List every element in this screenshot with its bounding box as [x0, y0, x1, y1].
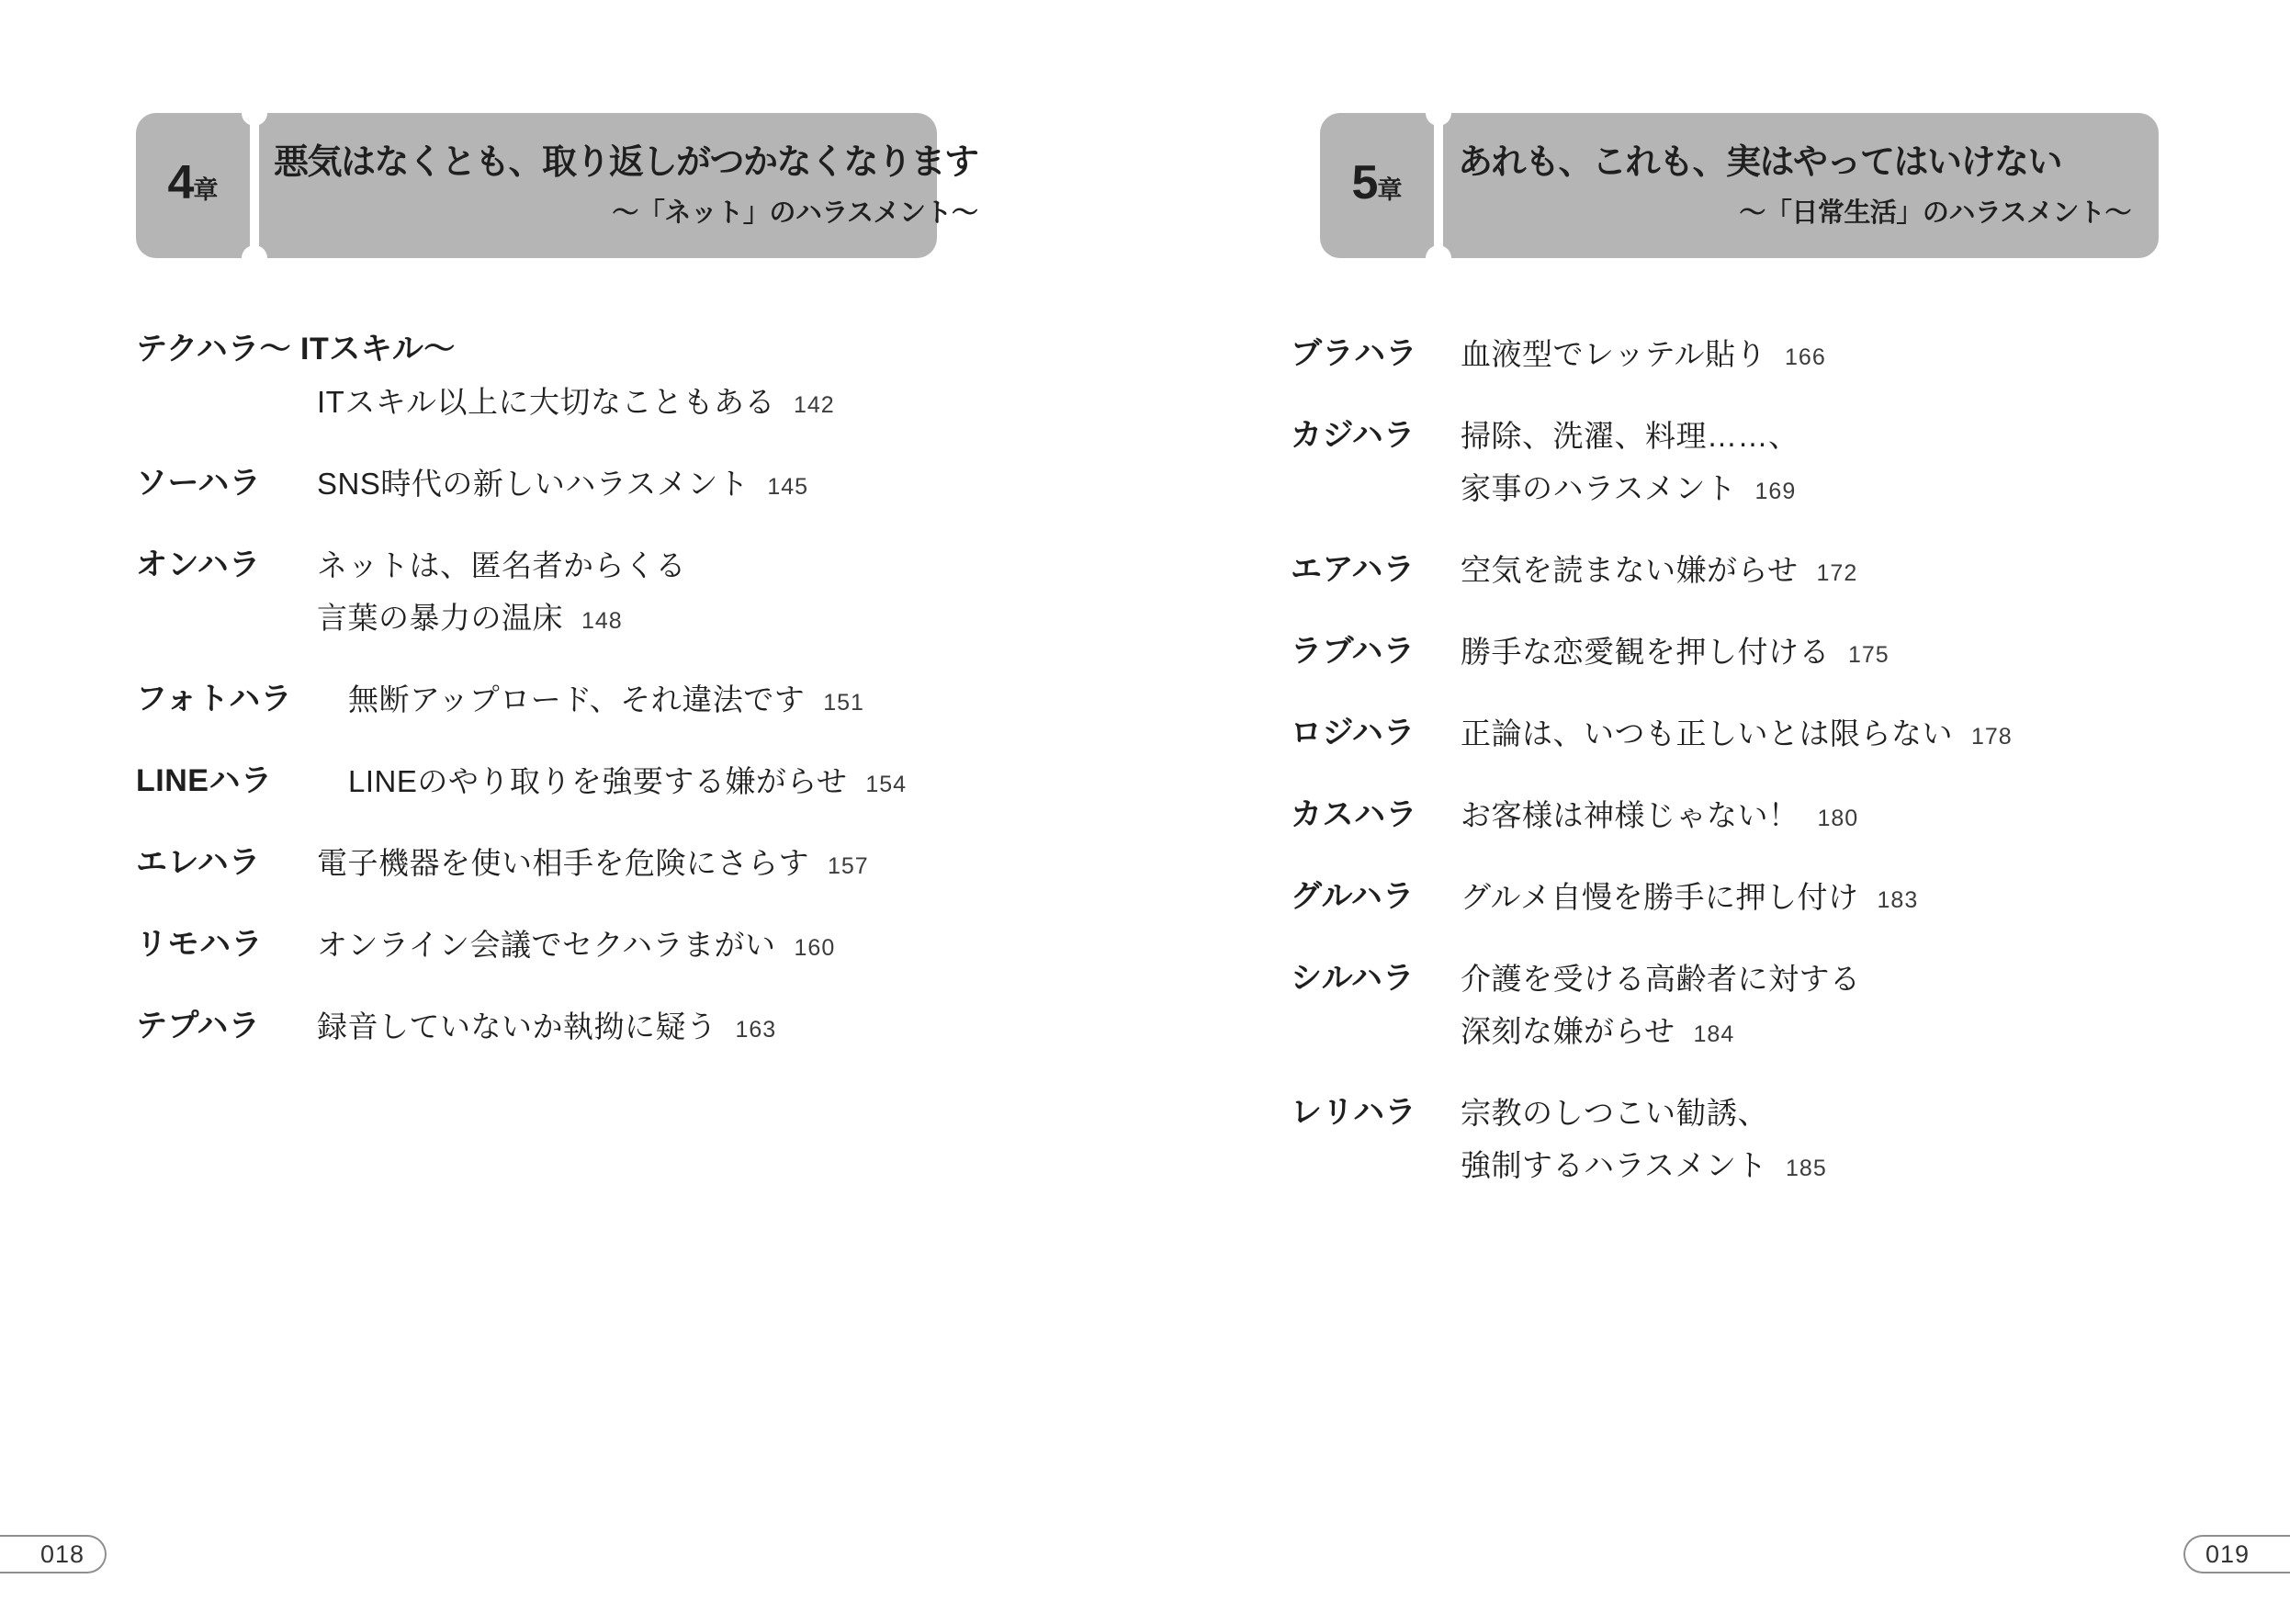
- entry-description-block: LINEのやり取りを強要する嫌がらせ154: [317, 755, 907, 811]
- chapter4-number-tab: 4章: [136, 113, 250, 258]
- entry-description: 深刻な嫌がらせ: [1461, 1014, 1675, 1048]
- entry-page-number: 163: [736, 1017, 777, 1043]
- entry-page-number: 183: [1878, 887, 1919, 913]
- toc-entry: LINEハラ LINEのやり取りを強要する嫌がらせ154: [136, 755, 1018, 811]
- notch-bottom: [242, 245, 267, 271]
- harassment-type-label: カジハラ: [1291, 410, 1461, 518]
- entry-page-number: 142: [794, 392, 835, 418]
- right-page-number-pill: 019: [2183, 1535, 2290, 1573]
- entry-page-number: 169: [1755, 479, 1797, 504]
- entry-description: 電子機器を使い相手を危険にさらす: [317, 846, 809, 880]
- entry-page-number: 151: [823, 690, 864, 716]
- entry-description-block: 録音していないか執拗に疑う163: [317, 1000, 776, 1056]
- entry-description-block: 勝手な恋愛観を押し付ける175: [1461, 626, 1890, 682]
- toc-entry: リモハラ オンライン会議でセクハラまがい160: [136, 919, 1018, 975]
- entry-page-number: 180: [1818, 806, 1859, 831]
- page-number: 019: [2205, 1540, 2250, 1569]
- entry-description-block: グルメ自慢を勝手に押し付け183: [1461, 871, 1918, 927]
- chapter4-title: 悪気はなくとも、取り返しがつかなくなります: [274, 140, 978, 186]
- entry-description: 介護を受ける高齢者に対する: [1461, 962, 1861, 996]
- entry-description: 無断アップロード、それ違法です: [348, 682, 805, 716]
- entry-page-number: 172: [1817, 560, 1858, 586]
- chapter-suffix: 章: [193, 176, 218, 204]
- chapter-number: 5: [1352, 156, 1378, 209]
- book-spread: 4章 悪気はなくとも、取り返しがつかなくなります ～「ネット」のハラスメント～ …: [0, 0, 2290, 1624]
- harassment-type-label: ロジハラ: [1291, 707, 1461, 763]
- entry-description: グルメ自慢を勝手に押し付け: [1461, 880, 1859, 914]
- entry-description-block: お客様は神様じゃない！180: [1461, 789, 1858, 845]
- toc-entry: フォトハラ 無断アップロード、それ違法です151: [136, 673, 1018, 729]
- toc-entry: ソーハラ SNS時代の新しいハラスメント145: [136, 457, 1018, 513]
- toc-entry: エアハラ 空気を読まない嫌がらせ172: [1291, 544, 2228, 600]
- harassment-type-label: グルハラ: [1291, 871, 1461, 927]
- toc-entry: カジハラ 掃除、洗濯、料理……、 家事のハラスメント169: [1291, 410, 2228, 518]
- entry-description-block: 介護を受ける高齢者に対する 深刻な嫌がらせ184: [1461, 953, 1861, 1061]
- chapter5-title: あれも、これも、実はやってはいけない: [1458, 140, 2131, 186]
- toc-entry: ラブハラ 勝手な恋愛観を押し付ける175: [1291, 626, 2228, 682]
- entry-page-number: 160: [795, 935, 836, 961]
- harassment-type-label: ブラハラ: [1291, 328, 1461, 384]
- entry-page-number: 184: [1694, 1021, 1735, 1047]
- chapter5-number-tab: 5章: [1320, 113, 1434, 258]
- entry-description: ITスキル以上に大切なこともある: [317, 385, 775, 419]
- toc-entry: グルハラ グルメ自慢を勝手に押し付け183: [1291, 871, 2228, 927]
- entry-description-block: 電子機器を使い相手を危険にさらす157: [317, 837, 869, 893]
- harassment-type-label: リモハラ: [136, 919, 317, 975]
- chapter4-header: 4章 悪気はなくとも、取り返しがつかなくなります ～「ネット」のハラスメント～: [136, 113, 937, 258]
- chapter-suffix: 章: [1377, 176, 1402, 204]
- entry-description: LINEのやり取りを強要する嫌がらせ: [348, 764, 847, 798]
- toc-entry: エレハラ 電子機器を使い相手を危険にさらす157: [136, 837, 1018, 893]
- chapter-number: 4: [168, 156, 194, 209]
- entry-description-block: ITスキル以上に大切なこともある142: [317, 376, 1018, 432]
- chapter5-subtitle: ～「日常生活」のハラスメント～: [1458, 193, 2131, 233]
- toc-entry: テプハラ 録音していないか執拗に疑う163: [136, 1000, 1018, 1056]
- harassment-type-label: フォトハラ: [136, 673, 317, 729]
- entry-description: 掃除、洗濯、料理……、: [1461, 419, 1799, 453]
- harassment-type-label: エレハラ: [136, 837, 317, 893]
- toc-entry: オンハラ ネットは、匿名者からくる 言葉の暴力の温床148: [136, 539, 1018, 648]
- entry-description-block: 宗教のしつこい勧誘、 強制するハラスメント185: [1461, 1087, 1827, 1195]
- entry-description: 強制するハラスメント: [1461, 1148, 1767, 1182]
- harassment-type-label: テプハラ: [136, 1000, 317, 1056]
- entry-page-number: 157: [828, 853, 869, 879]
- entry-description: オンライン会議でセクハラまがい: [317, 928, 776, 962]
- entry-page-number: 178: [1971, 724, 2013, 750]
- harassment-type-label: カスハラ: [1291, 789, 1461, 845]
- chapter4-subtitle: ～「ネット」のハラスメント～: [274, 193, 978, 233]
- entry-description-block: 血液型でレッテル貼り166: [1461, 328, 1826, 384]
- harassment-type-label: ラブハラ: [1291, 626, 1461, 682]
- entry-page-number: 145: [767, 474, 808, 500]
- toc-entry: ブラハラ 血液型でレッテル貼り166: [1291, 328, 2228, 384]
- entry-description-block: 正論は、いつも正しいとは限らない178: [1461, 707, 2013, 763]
- chapter4-toc-list: テクハラ～ ITスキル～ ITスキル以上に大切なこともある142 ソーハラ SN…: [136, 323, 1018, 1082]
- entry-page-number: 175: [1848, 642, 1890, 668]
- entry-page-number: 148: [581, 608, 623, 634]
- harassment-type-label: オンハラ: [136, 539, 317, 648]
- entry-description: お客様は神様じゃない！: [1461, 798, 1799, 832]
- toc-entry: シルハラ 介護を受ける高齢者に対する 深刻な嫌がらせ184: [1291, 953, 2228, 1061]
- notch-top: [242, 100, 267, 126]
- entry-description: 言葉の暴力の温床: [317, 601, 563, 635]
- entry-description-block: 無断アップロード、それ違法です151: [317, 673, 864, 729]
- entry-description: 家事のハラスメント: [1461, 471, 1737, 505]
- chapter5-header: 5章 あれも、これも、実はやってはいけない ～「日常生活」のハラスメント～: [1320, 113, 2159, 258]
- ticket-notch-divider: [1434, 113, 1443, 258]
- chapter5-toc-list: ブラハラ 血液型でレッテル貼り166 カジハラ 掃除、洗濯、料理……、 家事のハ…: [1291, 328, 2228, 1221]
- entry-description-block: SNS時代の新しいハラスメント145: [317, 457, 808, 513]
- notch-top: [1426, 100, 1451, 126]
- harassment-type-label: テクハラ～ ITスキル～: [136, 323, 1018, 376]
- entry-description: 空気を読まない嫌がらせ: [1461, 553, 1799, 587]
- chapter4-title-block: 悪気はなくとも、取り返しがつかなくなります ～「ネット」のハラスメント～: [259, 113, 1006, 258]
- entry-description: 勝手な恋愛観を押し付ける: [1461, 635, 1830, 669]
- entry-description: 録音していないか執拗に疑う: [317, 1009, 717, 1043]
- notch-bottom: [1426, 245, 1451, 271]
- toc-entry: ロジハラ 正論は、いつも正しいとは限らない178: [1291, 707, 2228, 763]
- entry-description: ネットは、匿名者からくる: [317, 548, 686, 582]
- entry-description-block: 掃除、洗濯、料理……、 家事のハラスメント169: [1461, 410, 1799, 518]
- entry-description: SNS時代の新しいハラスメント: [317, 467, 749, 501]
- page-number: 018: [40, 1540, 85, 1569]
- left-page-number-pill: 018: [0, 1535, 107, 1573]
- toc-entry: カスハラ お客様は神様じゃない！180: [1291, 789, 2228, 845]
- entry-description-block: ネットは、匿名者からくる 言葉の暴力の温床148: [317, 539, 686, 648]
- harassment-type-label: LINEハラ: [136, 755, 317, 811]
- entry-description: 血液型でレッテル貼り: [1461, 337, 1766, 371]
- toc-entry: レリハラ 宗教のしつこい勧誘、 強制するハラスメント185: [1291, 1087, 2228, 1195]
- entry-page-number: 185: [1786, 1156, 1827, 1181]
- toc-entry: テクハラ～ ITスキル～ ITスキル以上に大切なこともある142: [136, 323, 1018, 432]
- harassment-type-label: エアハラ: [1291, 544, 1461, 600]
- harassment-type-label: レリハラ: [1291, 1087, 1461, 1195]
- harassment-type-label: シルハラ: [1291, 953, 1461, 1061]
- entry-description: 正論は、いつも正しいとは限らない: [1461, 716, 1953, 750]
- entry-description-block: オンライン会議でセクハラまがい160: [317, 919, 835, 975]
- entry-page-number: 154: [865, 772, 907, 797]
- entry-description: 宗教のしつこい勧誘、: [1461, 1096, 1768, 1130]
- entry-page-number: 166: [1785, 344, 1826, 370]
- harassment-type-label: ソーハラ: [136, 457, 317, 513]
- entry-description-block: 空気を読まない嫌がらせ172: [1461, 544, 1857, 600]
- chapter5-title-block: あれも、これも、実はやってはいけない ～「日常生活」のハラスメント～: [1443, 113, 2159, 258]
- ticket-notch-divider: [250, 113, 259, 258]
